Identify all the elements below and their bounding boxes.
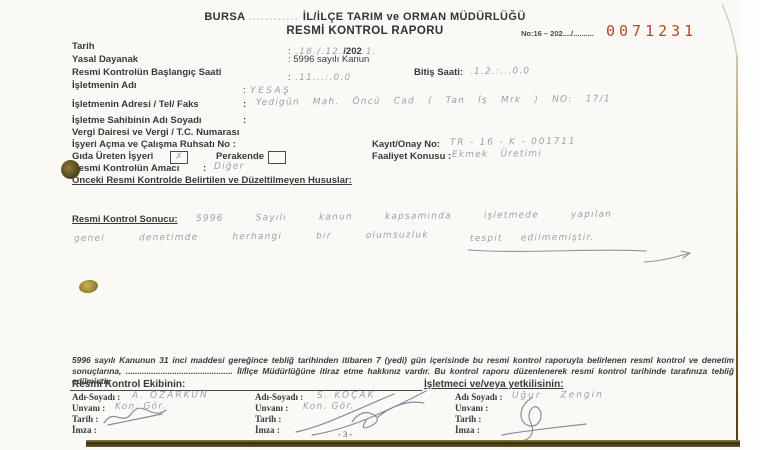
baslangic-handwritten: .11...:.0.0: [295, 73, 351, 83]
isletme-adi-handwritten: YESAŞ: [250, 86, 291, 96]
paper-edge-bottom: [86, 440, 748, 447]
scanned-document-page: BURSA ............ İL/İLÇE TARIM ve ORMA…: [0, 0, 760, 450]
isletme-adi-colon: :: [243, 85, 246, 96]
col2-date-label: Tarih :: [255, 414, 281, 424]
field-bitis-label: Bitiş Saati:: [414, 67, 463, 78]
field-baslangic-label: Resmi Kontrolün Başlangıç Saati: [72, 67, 221, 78]
field-adres-label: İşletmenin Adresi / Tel/ Faks: [72, 99, 199, 110]
field-baslangic-value: : .11...:.0.0: [288, 67, 351, 85]
field-perakende-label: Perakende: [216, 151, 264, 162]
page-number: - 3 -: [338, 429, 352, 439]
field-yasal-label: Yasal Dayanak: [72, 54, 138, 65]
paper-edge-right: [736, 55, 738, 441]
field-bitis-handwritten: .1.2.:...0.0: [470, 66, 530, 77]
field-gida-ureten-label: Gıda Üreten İşyeri: [72, 151, 153, 162]
field-faaliyet-label: Faaliyet Konusu :: [372, 151, 451, 162]
org-title-prefix: BURSA: [204, 11, 245, 23]
hole-punch-mark-gold: [78, 279, 99, 295]
team-left-header: Resmi Kontrol Ekibinin:: [72, 379, 185, 390]
col3-title-label: Unvanı :: [455, 403, 488, 413]
team-right-header: İşletmeci ve/veya yetkilisinin:: [424, 379, 564, 390]
col2-title-label: Unvanı :: [255, 403, 288, 413]
field-amac-label: Resmi Kontrolün Amacı: [72, 163, 179, 174]
org-title-stamp: ............: [249, 13, 300, 22]
field-ruhsat-label: İşyeri Açma ve Çalışma Ruhsatı No :: [72, 139, 236, 150]
field-sahibi-label: İşletme Sahibinin Adı Soyadı: [72, 115, 202, 126]
field-isletme-adi-value: : YESAŞ: [243, 80, 291, 98]
faaliyet-handwritten: Ekmek Üretimi: [452, 149, 542, 160]
kontrol-sonucu-heading: Resmi Kontrol Sonucu:: [72, 214, 178, 225]
checkbox-perakende: [268, 151, 286, 164]
signature-inspector-1: [100, 405, 178, 429]
col3-name-label: Adı Soyadı :: [455, 392, 503, 402]
field-tarih-label: Tarih: [72, 41, 95, 52]
col3-date-label: Tarih :: [455, 414, 481, 424]
field-isletme-adi-label: İşletmenin Adı: [72, 80, 137, 91]
field-kayit-label: Kayıt/Onay No:: [372, 139, 440, 150]
adres-handwritten: Yedigün Mah. Öncü Cad ( Tan İş Mrk ) NO:…: [256, 94, 611, 108]
adres-colon: :: [243, 99, 246, 110]
onceki-hususlar-heading: Önceki Resmi Kontrolde Belirtilen ve Düz…: [72, 175, 352, 186]
sonuc-handwritten-line2a: genel denetimde herhangi bir olumsuzluk: [74, 230, 429, 244]
amac-colon: :: [203, 163, 206, 174]
scanner-background-strip: [740, 0, 760, 450]
report-no-label: No:16 – 202..../..........: [521, 29, 594, 38]
org-title-suffix: İL/İLÇE TARIM ve ORMAN MÜDÜRLÜĞÜ: [303, 11, 526, 23]
kayit-handwritten: TR - 16 - K - 001711: [450, 137, 576, 148]
field-vergi-label: Vergi Dairesi ve Vergi / T.C. Numarası: [72, 127, 239, 138]
col1-name-handwritten: A. ÖZARKUN: [132, 390, 209, 401]
sonuc-handwritten-line2b: tespit edilmemiştir.: [470, 233, 595, 244]
col3-sign-label: İmza :: [455, 425, 480, 435]
field-yasal-value: : 5996 sayılı Kanun: [288, 54, 369, 65]
signature-inspector-2: [290, 386, 432, 438]
signature-operator: [498, 394, 590, 444]
amac-handwritten: Diğer: [214, 162, 244, 172]
sonuc-handwritten-line1: 5996 Sayılı kanun kapsamında işletmede y…: [196, 210, 612, 224]
col1-sign-label: İmza :: [72, 425, 97, 435]
checkbox-gida-ureten-mark: ✗: [175, 153, 183, 162]
serial-number: 0071231: [606, 22, 697, 40]
sahibi-colon: :: [243, 115, 246, 126]
col1-name-label: Adı-Soyadı :: [72, 392, 120, 402]
col1-date-label: Tarih :: [72, 414, 98, 424]
hole-punch-mark-dark: [61, 160, 80, 179]
col2-sign-label: İmza :: [255, 425, 280, 435]
handwritten-underline-arrow: [466, 245, 706, 267]
